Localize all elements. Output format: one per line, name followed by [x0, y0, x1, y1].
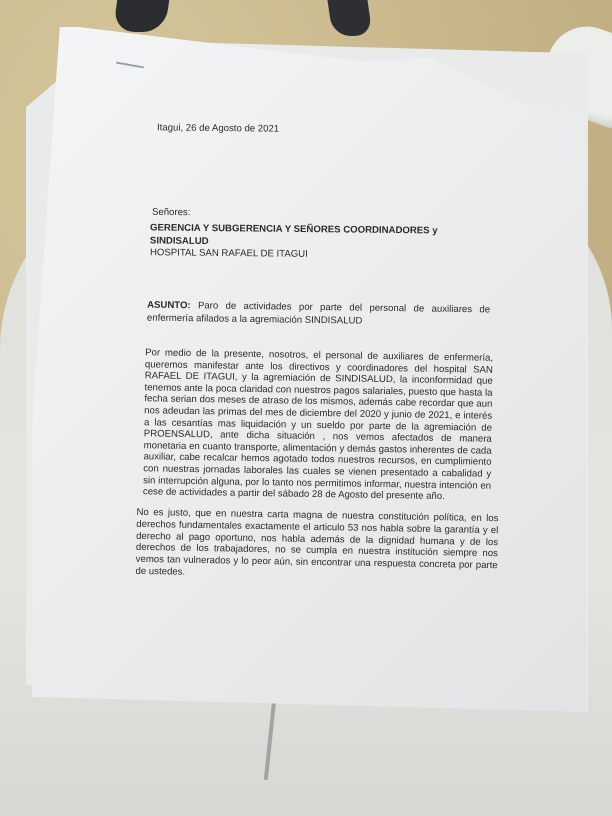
letter-subject: ASUNTO: Paro de actividades por parte de…	[147, 300, 490, 330]
letter-document: Itagui, 26 de Agosto de 2021 Señores: GE…	[0, 0, 612, 816]
letter-salutation: Señores:	[152, 207, 191, 220]
letter-recipients: GERENCIA Y SUBGERENCIA Y SEÑORES COORDIN…	[150, 222, 450, 250]
letter-institution: HOSPITAL SAN RAFAEL DE ITAGUI	[150, 247, 308, 261]
letter-paragraph-1: Por medio de la presente, nosotros, el p…	[143, 347, 493, 503]
subject-label: ASUNTO:	[147, 300, 191, 312]
letter-date: Itagui, 26 de Agosto de 2021	[157, 122, 279, 136]
subject-text: Paro de actividades por parte del person…	[147, 300, 490, 326]
letter-paragraph-2: No es justo, que en nuestra carta magna …	[135, 507, 498, 584]
